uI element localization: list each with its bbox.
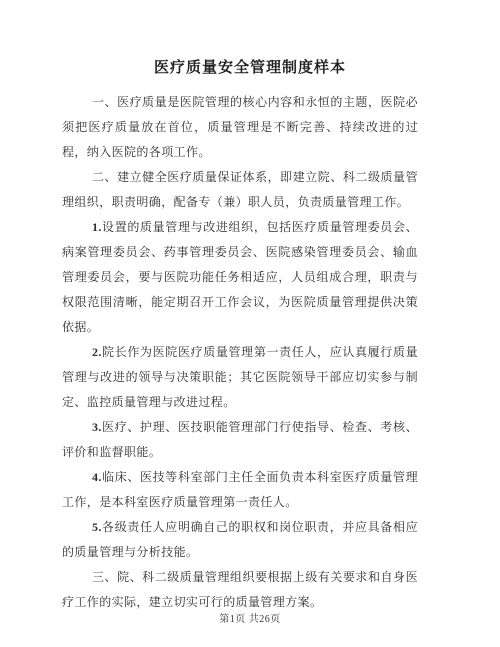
paragraph-8: 三、院、科二级质量管理组织要根据上级有关要求和自身医疗工作的实际，建立切实可行的… bbox=[62, 565, 418, 615]
document-title: 医疗质量安全管理制度样本 bbox=[0, 0, 500, 78]
paragraph-3: 1.设置的质量管理与改进组织，包括医疗质量管理委员会、病案管理委员会、药事管理委… bbox=[62, 215, 418, 340]
paragraph-1: 一、医疗质量是医院管理的核心内容和永恒的主题，医院必须把医疗质量放在首位，质量管… bbox=[62, 90, 418, 165]
document-page: 医疗质量安全管理制度样本 一、医疗质量是医院管理的核心内容和永恒的主题，医院必须… bbox=[0, 0, 500, 647]
paragraph-7: 5.各级责任人应明确自己的职权和岗位职责，并应具备相应的质量管理与分析技能。 bbox=[62, 515, 418, 565]
paragraph-8-text: 三、院、科二级质量管理组织要根据上级有关要求和自身医疗工作的实际，建立切实可行的… bbox=[62, 570, 418, 609]
paragraph-3-number: 1. bbox=[92, 220, 102, 234]
paragraph-2-text: 二、建立健全医疗质量保证体系，即建立院、科二级质量管理组织，职责明确，配备专（兼… bbox=[62, 170, 418, 209]
page-number-footer: 第1页 共26页 bbox=[0, 610, 500, 625]
paragraph-4-text: 院长作为医院医疗质量管理第一责任人，应认真履行质量管理与改进的领导与决策职能；其… bbox=[62, 345, 418, 409]
paragraph-7-text: 各级责任人应明确自己的职权和岗位职责，并应具备相应的质量管理与分析技能。 bbox=[62, 520, 418, 559]
paragraph-3-text: 设置的质量管理与改进组织，包括医疗质量管理委员会、病案管理委员会、药事管理委员会… bbox=[62, 220, 418, 334]
paragraph-5: 3.医疗、护理、医技职能管理部门行使指导、检查、考核、评价和监督职能。 bbox=[62, 415, 418, 465]
paragraph-6: 4.临床、医技等科室部门主任全面负责本科室医疗质量管理工作，是本科室医疗质量管理… bbox=[62, 465, 418, 515]
paragraph-6-text: 临床、医技等科室部门主任全面负责本科室医疗质量管理工作，是本科室医疗质量管理第一… bbox=[62, 470, 418, 509]
paragraph-2: 二、建立健全医疗质量保证体系，即建立院、科二级质量管理组织，职责明确，配备专（兼… bbox=[62, 165, 418, 215]
paragraph-5-text: 医疗、护理、医技职能管理部门行使指导、检查、考核、评价和监督职能。 bbox=[62, 420, 418, 459]
paragraph-4: 2.院长作为医院医疗质量管理第一责任人，应认真履行质量管理与改进的领导与决策职能… bbox=[62, 340, 418, 415]
paragraph-5-number: 3. bbox=[92, 420, 102, 434]
document-body: 一、医疗质量是医院管理的核心内容和永恒的主题，医院必须把医疗质量放在首位，质量管… bbox=[62, 90, 418, 615]
paragraph-6-number: 4. bbox=[92, 470, 102, 484]
paragraph-1-text: 一、医疗质量是医院管理的核心内容和永恒的主题，医院必须把医疗质量放在首位，质量管… bbox=[62, 95, 418, 159]
paragraph-7-number: 5. bbox=[92, 520, 102, 534]
paragraph-4-number: 2. bbox=[92, 345, 102, 359]
